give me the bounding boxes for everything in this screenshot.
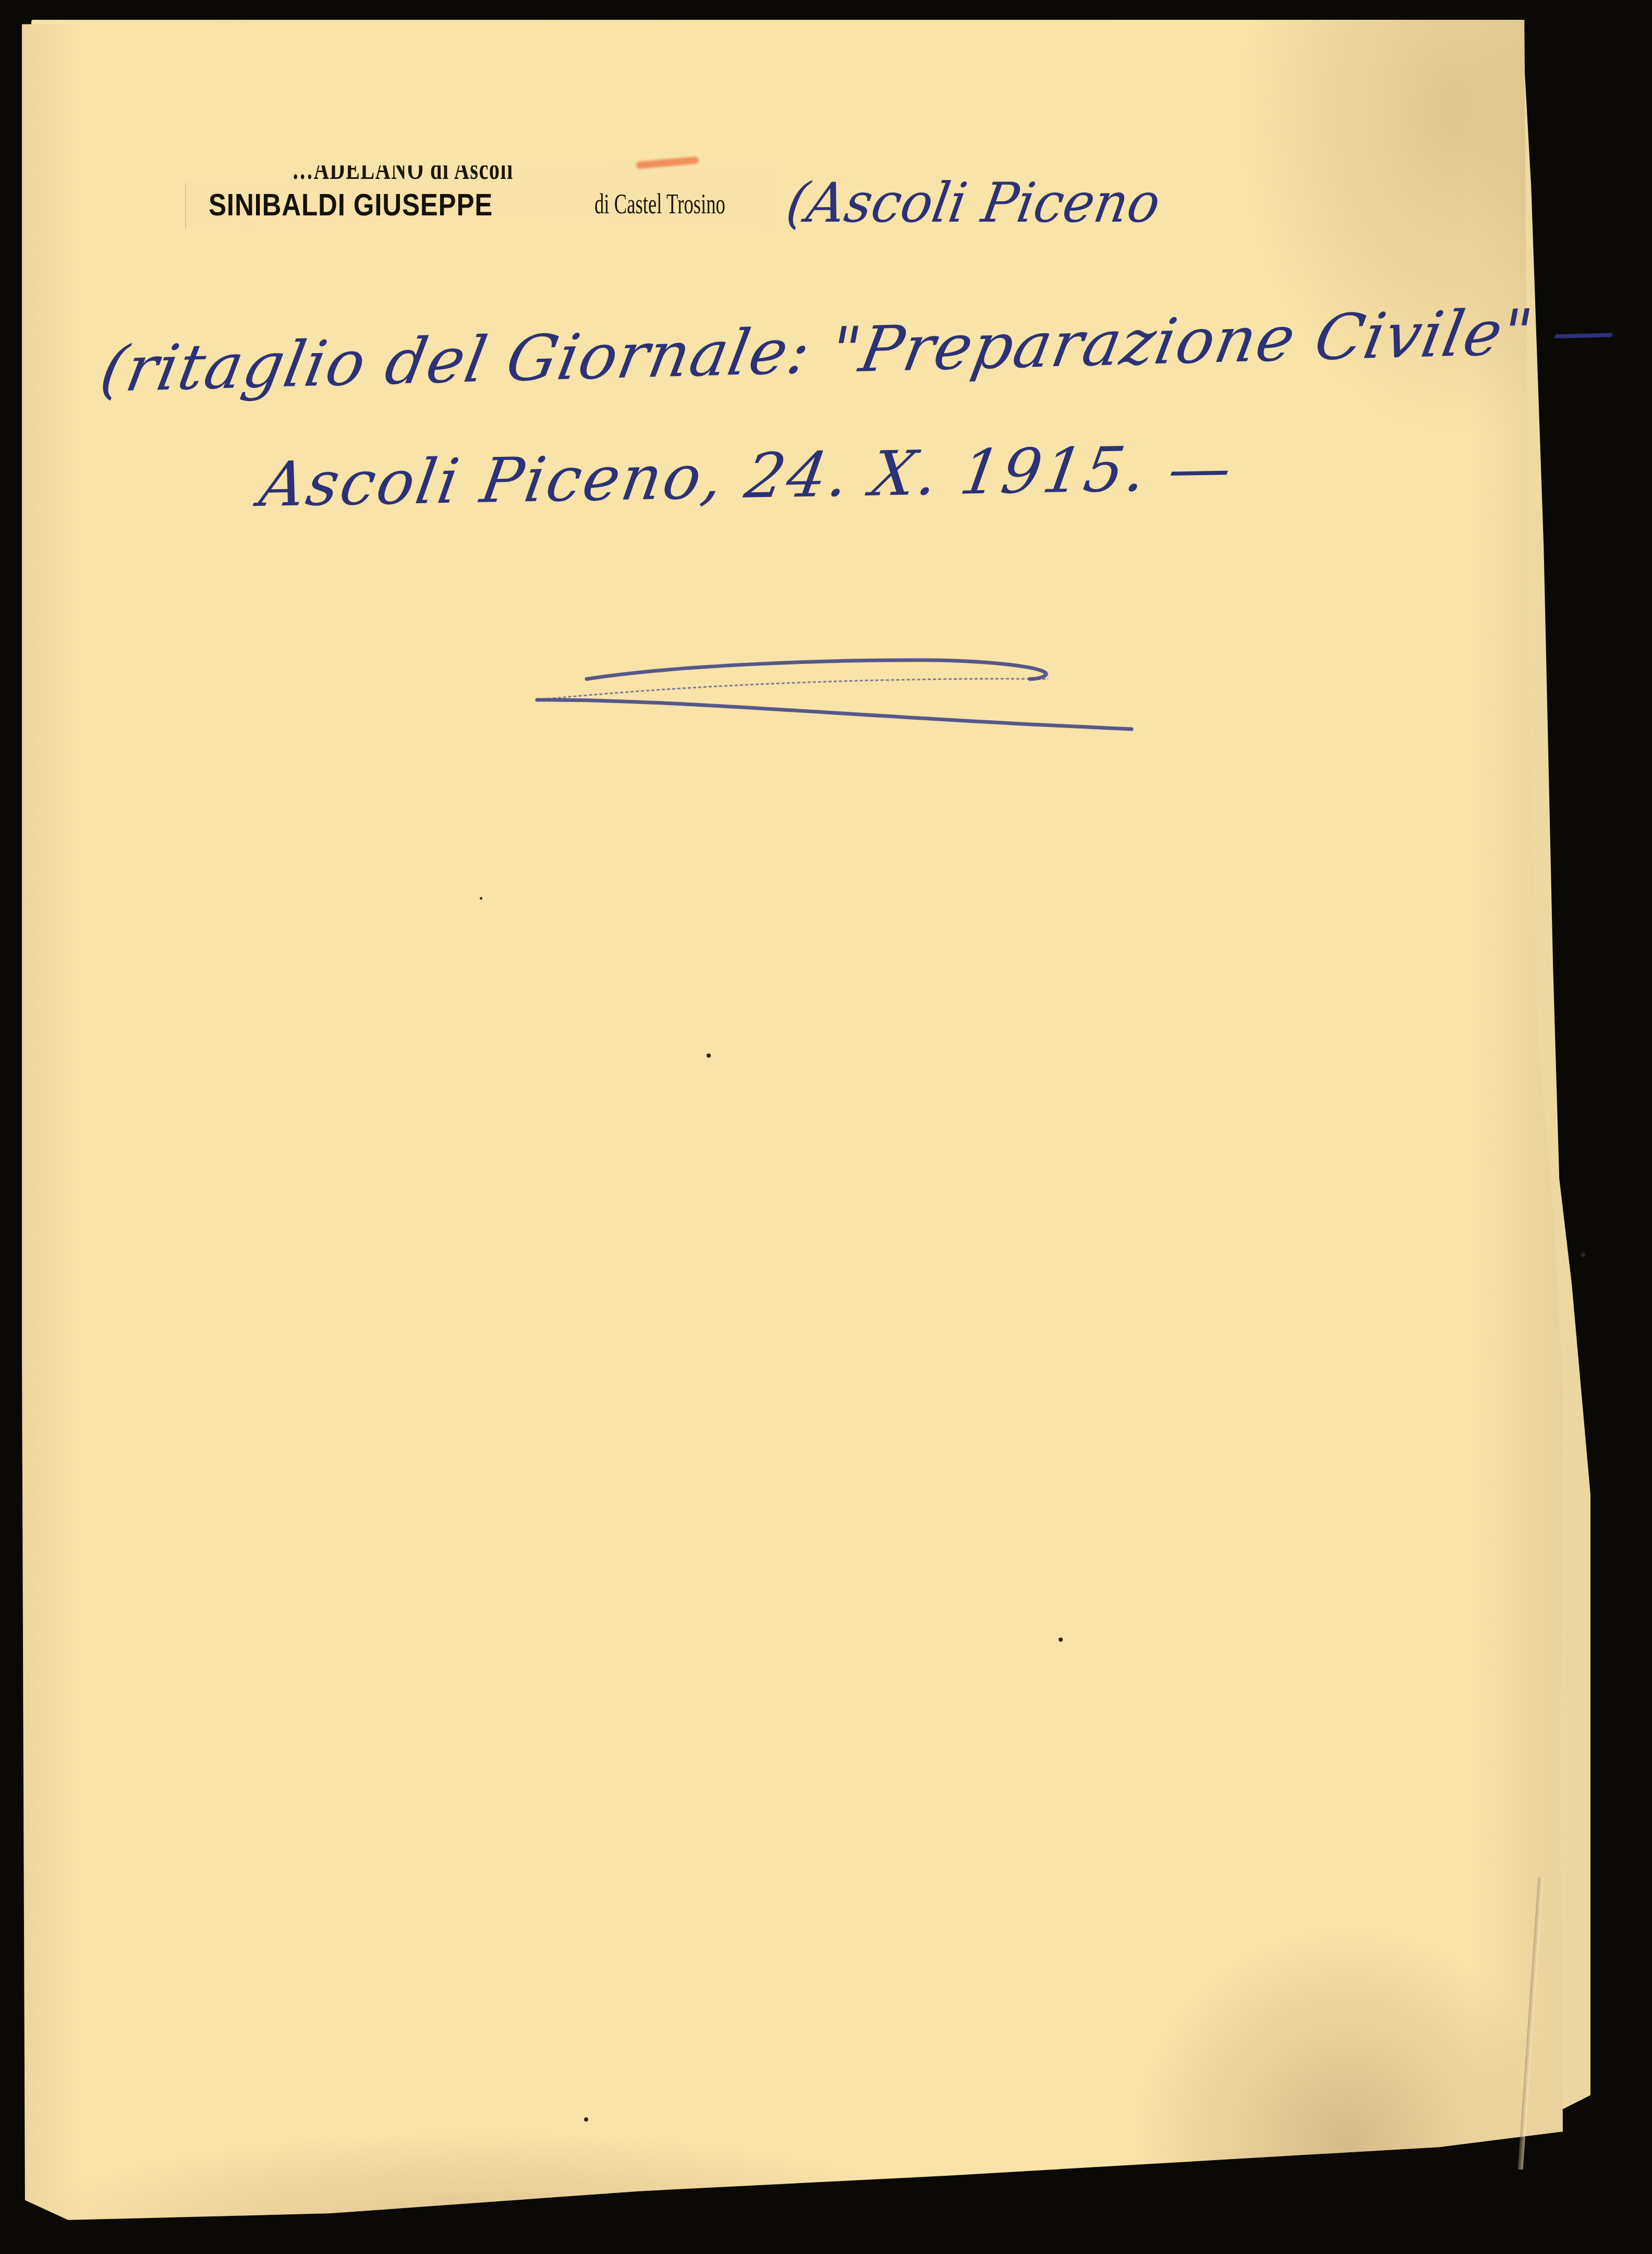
handwritten-location-note: (Ascoli Piceno bbox=[782, 171, 1165, 235]
paper-speck bbox=[480, 897, 482, 900]
paper-speck bbox=[584, 2117, 588, 2122]
paper-speck bbox=[1059, 1638, 1063, 1642]
clipping-name: SINIBALDI GIUSEPPE bbox=[209, 187, 493, 223]
paper-speck bbox=[1581, 1253, 1585, 1257]
clipping-place: di Castel Trosino bbox=[594, 188, 725, 220]
underline-flourish bbox=[521, 641, 1158, 746]
paper-speck bbox=[707, 1053, 711, 1058]
